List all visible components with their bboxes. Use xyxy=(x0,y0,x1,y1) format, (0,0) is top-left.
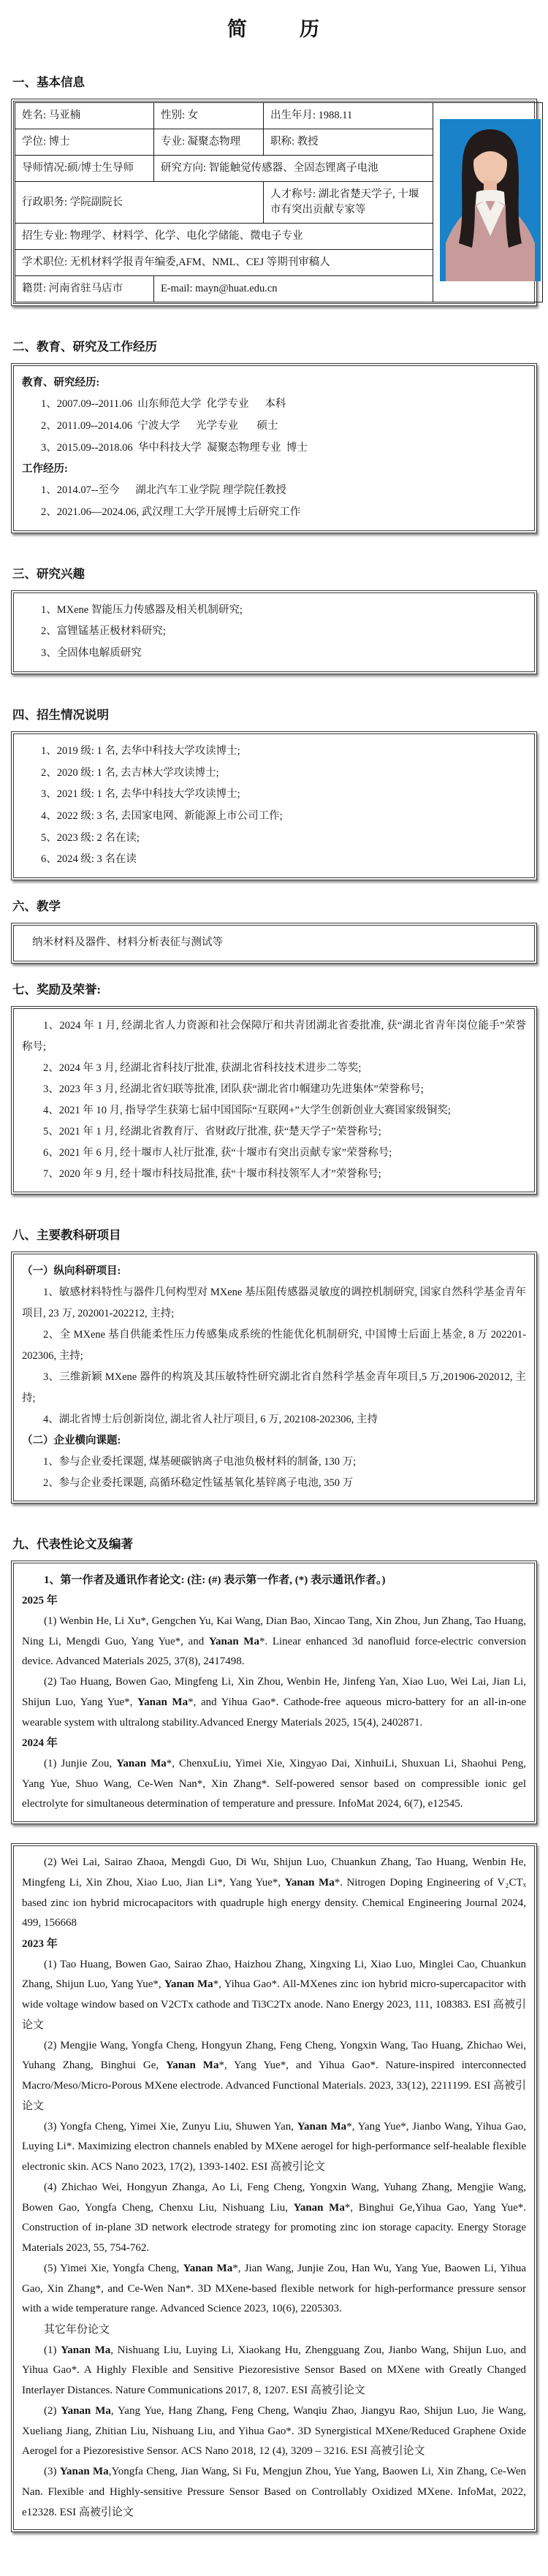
teaching-box: 纳米材料及器件、材料分析表征与测试等 xyxy=(11,923,537,964)
section-heading-research-interests: 三、研究兴趣 xyxy=(12,564,537,582)
publication-entry: (2) Tao Huang, Bowen Gao, Mingfeng Li, X… xyxy=(22,1672,526,1733)
work-label: 工作经历: xyxy=(22,459,526,480)
enrollment-item: 2、2020 级: 1 名, 去吉林大学攻读博士; xyxy=(41,763,526,785)
section-heading-education-work: 二、教育、研究及工作经历 xyxy=(12,337,537,354)
field-research-direction: 研究方向: 智能触觉传感器、全固态锂离子电池 xyxy=(154,156,433,182)
vertical-projects-label: （一）纵向科研项目: xyxy=(22,1261,526,1282)
publication-entry: (1) Wenbin He, Li Xu*, Gengchen Yu, Kai … xyxy=(22,1612,526,1672)
section-heading-publications: 九、代表性论文及编著 xyxy=(12,1534,537,1552)
research-interest-item: 2、富锂锰基正极材料研究; xyxy=(41,621,526,643)
research-interest-item: 3、全固体电解质研究 xyxy=(41,643,526,665)
awards-box: 1、2024 年 1 月, 经湖北省人力资源和社会保障厅和共青团湖北省委批准, … xyxy=(11,1006,537,1194)
field-degree: 学位: 博士 xyxy=(15,129,154,156)
enrollment-box: 1、2019 级: 1 名, 去华中科技大学攻读博士; 2、2020 级: 1 … xyxy=(11,731,537,880)
publication-entry: (1) Yanan Ma, Nishuang Liu, Luying Li, X… xyxy=(22,2341,526,2401)
basic-info-box: 姓名: 马亚楠 性别: 女 出生年月: 1988.11 xyxy=(11,99,537,306)
enterprise-projects-label: （二）企业横向课题: xyxy=(22,1430,526,1452)
table-row: 姓名: 马亚楠 性别: 女 出生年月: 1988.11 xyxy=(15,103,543,129)
publications-note: 1、第一作者及通讯作者论文: (注: (#) 表示第一作者, (*) 表示通讯作… xyxy=(22,1570,526,1591)
publication-entry: (3) Yongfa Cheng, Yimei Xie, Zunyu Liu, … xyxy=(22,2117,526,2178)
work-item: 2、2021.06—2024.06, 武汉理工大学开展博士后研究工作 xyxy=(41,502,526,524)
portrait-photo-image xyxy=(440,119,541,281)
project-item: 3、三维新颖 MXene 器件的构筑及其压敏特性研究湖北省自然科学基金青年项目,… xyxy=(22,1367,526,1409)
year-label-2024: 2024 年 xyxy=(22,1733,526,1754)
award-item: 2、2024 年 3 月, 经湖北省科技厅批准, 获湖北省科技技术进步二等奖; xyxy=(22,1058,526,1079)
field-birthdate: 出生年月: 1988.11 xyxy=(264,103,433,129)
award-item: 1、2024 年 1 月, 经湖北省人力资源和社会保障厅和共青团湖北省委批准, … xyxy=(22,1015,526,1058)
cv-page: 简 历 一、基本信息 姓名: 马亚楠 性别: 女 出生年月: 1988.11 xyxy=(0,0,548,2576)
field-gender: 性别: 女 xyxy=(154,103,264,129)
publication-entry: (5) Yimei Xie, Yongfa Cheng, Yanan Ma*, … xyxy=(22,2259,526,2320)
field-major: 专业: 凝聚态物理 xyxy=(154,129,264,156)
publication-entry: (2) Wei Lai, Sairao Zhaoa, Mengdi Guo, D… xyxy=(22,1853,526,1934)
publication-entry: (2) Mengjie Wang, Yongfa Cheng, Hongyun … xyxy=(22,2036,526,2117)
section-heading-basic-info: 一、基本信息 xyxy=(12,72,537,90)
project-item: 4、湖北省博士后创新岗位, 湖北省人社厅项目, 6 万, 202108-2023… xyxy=(22,1409,526,1430)
field-email: E-mail: mayn@huat.edu.cn xyxy=(154,276,433,302)
publication-entry: (1) Tao Huang, Bowen Gao, Sairao Zhao, H… xyxy=(22,1955,526,2036)
publication-entry: (2) Yanan Ma, Yang Yue, Hang Zhang, Feng… xyxy=(22,2401,526,2462)
research-interest-item: 1、MXene 智能压力传感器及相关机制研究; xyxy=(41,600,526,622)
section-heading-teaching: 六、教学 xyxy=(12,896,537,914)
publications-box-1: 1、第一作者及通讯作者论文: (注: (#) 表示第一作者, (*) 表示通讯作… xyxy=(11,1561,537,1824)
other-years-label: 其它年份论文 xyxy=(22,2320,526,2341)
field-enrollment-majors: 招生专业: 物理学、材料学、化学、电化学储能、微电子专业 xyxy=(15,224,433,250)
education-item: 2、2011.09--2014.06 宁波大学 光学专业 硕士 xyxy=(41,416,526,438)
project-item: 1、敏感材料特性与器件几何构型对 MXene 基压阻传感器灵敏度的调控机制研究,… xyxy=(22,1282,526,1325)
teaching-text: 纳米材料及器件、材料分析表征与测试等 xyxy=(32,932,526,954)
field-native-place: 籍贯: 河南省驻马店市 xyxy=(15,276,154,302)
enrollment-item: 1、2019 级: 1 名, 去华中科技大学攻读博士; xyxy=(41,741,526,763)
year-label-2025: 2025 年 xyxy=(22,1590,526,1612)
enrollment-item: 6、2024 级: 3 名在读 xyxy=(41,849,526,871)
research-interests-box: 1、MXene 智能压力传感器及相关机制研究; 2、富锂锰基正极材料研究; 3、… xyxy=(11,590,537,674)
project-item: 2、参与企业委托课题, 高循环稳定性锰基氧化基锌离子电池, 350 万 xyxy=(22,1473,526,1494)
project-item: 2、全 MXene 基自供能柔性压力传感集成系统的性能优化机制研究, 中国博士后… xyxy=(22,1325,526,1367)
project-item: 1、参与企业委托课题, 煤基硬碳钠离子电池负极材料的制备, 130 万; xyxy=(22,1452,526,1473)
award-item: 7、2020 年 9 月, 经十堰市科技局批准, 获“十堰市科技领军人才”荣誉称… xyxy=(22,1164,526,1185)
work-item: 1、2014.07--至今 湖北汽车工业学院 理学院任教授 xyxy=(41,480,526,502)
field-academic-positions: 学术职位: 无机材料学报青年编委,AFM、NML、CEJ 等期刊审稿人 xyxy=(15,250,433,276)
publication-entry: (1) Junjie Zou, Yanan Ma*, ChenxuLiu, Yi… xyxy=(22,1754,526,1815)
publication-entry: (3) Yanan Ma,Yongfa Cheng, Jian Wang, Si… xyxy=(22,2462,526,2523)
enrollment-item: 4、2022 级: 3 名, 去国家电网、新能源上市公司工作; xyxy=(41,806,526,828)
award-item: 3、2023 年 3 月, 经湖北省妇联等批准, 团队获“湖北省巾帼建功先进集体… xyxy=(22,1079,526,1100)
field-title: 职称: 教授 xyxy=(264,129,433,156)
section-heading-projects: 八、主要教科研项目 xyxy=(12,1225,537,1243)
section-heading-awards: 七、奖励及荣誉: xyxy=(12,980,537,997)
field-name: 姓名: 马亚楠 xyxy=(15,103,154,129)
publications-box-2: (2) Wei Lai, Sairao Zhaoa, Mengdi Guo, D… xyxy=(11,1843,537,2532)
award-item: 5、2021 年 1 月, 经湖北省教育厅、省财政厅批准, 获“楚天学子”荣誉称… xyxy=(22,1121,526,1143)
projects-box: （一）纵向科研项目: 1、敏感材料特性与器件几何构型对 MXene 基压阻传感器… xyxy=(11,1251,537,1504)
section-heading-enrollment: 四、招生情况说明 xyxy=(12,705,537,723)
basic-info-table: 姓名: 马亚楠 性别: 女 出生年月: 1988.11 xyxy=(15,102,543,302)
education-item: 1、2007.09--2011.06 山东师范大学 化学专业 本科 xyxy=(41,394,526,416)
field-supervisor-status: 导师情况:硕/博士生导师 xyxy=(15,156,154,182)
enrollment-item: 3、2021 级: 1 名, 去华中科技大学攻读博士; xyxy=(41,784,526,806)
award-item: 6、2021 年 6 月, 经十堰市人社厅批准, 获“十堰市有突出贡献专家”荣誉… xyxy=(22,1143,526,1164)
education-label: 教育、研究经历: xyxy=(22,373,526,394)
page-title: 简 历 xyxy=(11,13,537,42)
education-item: 3、2015.09--2018.06 华中科技大学 凝聚态物理专业 博士 xyxy=(41,438,526,460)
year-label-2023: 2023 年 xyxy=(22,1934,526,1955)
award-item: 4、2021 年 10 月, 指导学生获第七届中国国际“互联网+”大学生创新创业… xyxy=(22,1100,526,1121)
portrait-photo xyxy=(433,103,543,302)
publication-entry: (4) Zhichao Wei, Hongyun Zhanga, Ao Li, … xyxy=(22,2178,526,2259)
education-work-box: 教育、研究经历: 1、2007.09--2011.06 山东师范大学 化学专业 … xyxy=(11,363,537,533)
field-admin-position: 行政职务: 学院副院长 xyxy=(15,182,264,224)
enrollment-item: 5、2023 级: 2 名在读; xyxy=(41,828,526,850)
field-talent-titles: 人才称号: 湖北省楚天学子, 十堰市有突出贡献专家等 xyxy=(264,182,433,224)
